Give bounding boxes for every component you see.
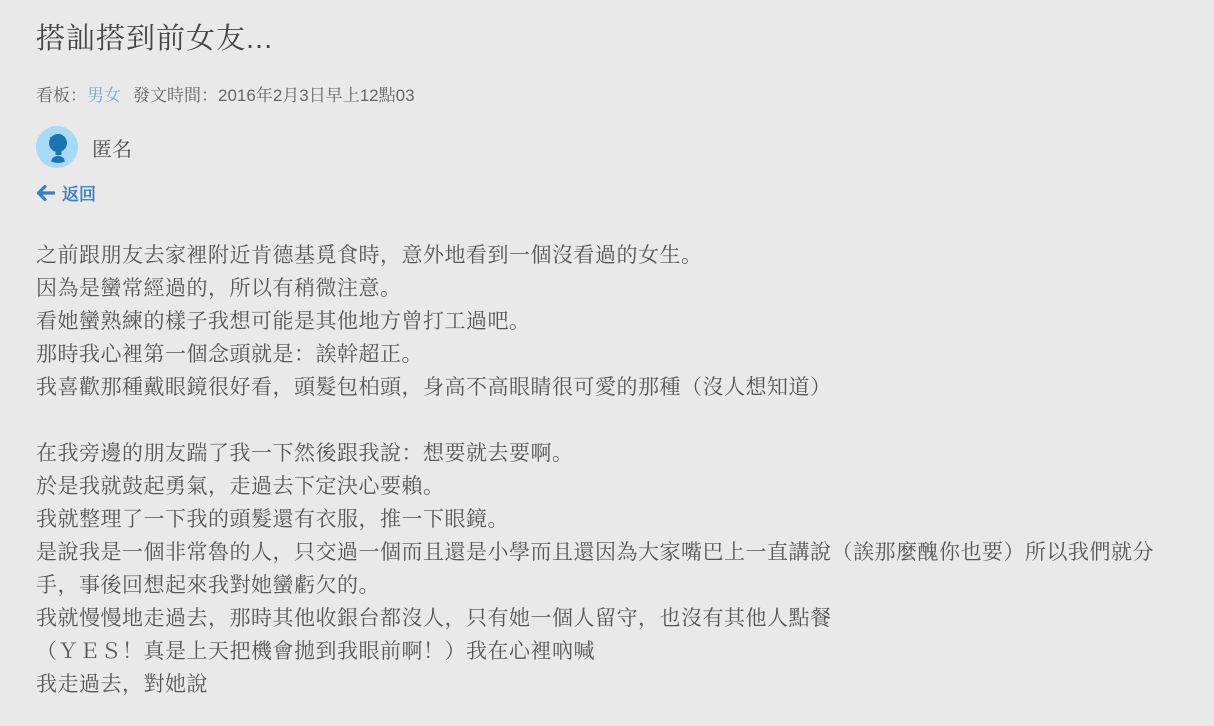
post-time: 發文時間：2016年2月3日早上12點03 (133, 86, 415, 105)
content-line: 因為是蠻常經過的，所以有稍微注意。 (36, 272, 1178, 305)
back-arrow-icon (36, 185, 55, 201)
post-page: 搭訕搭到前女友... 看板：男女發文時間：2016年2月3日早上12點03 匿名… (0, 0, 1214, 701)
anonymous-avatar-icon (36, 126, 78, 168)
board-label: 看板： (36, 86, 87, 105)
content-line: 我喜歡那種戴眼鏡很好看，頭髮包柏頭，身高不高眼睛很可愛的那種（沒人想知道） (36, 371, 1178, 404)
content-line: 於是我就鼓起勇氣，走過去下定決心要賴。 (36, 470, 1178, 503)
content-line: 之前跟朋友去家裡附近肯德基覓食時，意外地看到一個沒看過的女生。 (36, 239, 1178, 272)
content-line (36, 404, 1178, 437)
post-meta: 看板：男女發文時間：2016年2月3日早上12點03 (36, 81, 1178, 106)
content-line: 我就慢慢地走過去，那時其他收銀台都沒人，只有她一個人留守，也沒有其他人點餐 (36, 602, 1178, 635)
post-title: 搭訕搭到前女友... (36, 16, 1178, 57)
content-line: 我就整理了一下我的頭髮還有衣服，推一下眼鏡。 (36, 503, 1178, 536)
content-line: 看她蠻熟練的樣子我想可能是其他地方曾打工過吧。 (36, 305, 1178, 338)
board-link[interactable]: 男女 (87, 86, 121, 105)
content-line: 在我旁邊的朋友踹了我一下然後跟我說：想要就去要啊。 (36, 437, 1178, 470)
author-name: 匿名 (92, 133, 132, 162)
content-line: 是說我是一個非常魯的人，只交過一個而且還是小學而且還因為大家嘴巴上一直講說（誒那… (36, 536, 1178, 602)
post-content: 之前跟朋友去家裡附近肯德基覓食時，意外地看到一個沒看過的女生。因為是蠻常經過的，… (36, 239, 1178, 701)
back-label: 返回 (62, 180, 96, 205)
content-line: 我走過去，對她說 (36, 668, 1178, 701)
content-line: 那時我心裡第一個念頭就是：誒幹超正。 (36, 338, 1178, 371)
content-line: （ＹＥＳ！真是上天把機會拋到我眼前啊！）我在心裡吶喊 (36, 635, 1178, 668)
author-row: 匿名 (36, 126, 1178, 168)
back-link[interactable]: 返回 (36, 180, 96, 205)
